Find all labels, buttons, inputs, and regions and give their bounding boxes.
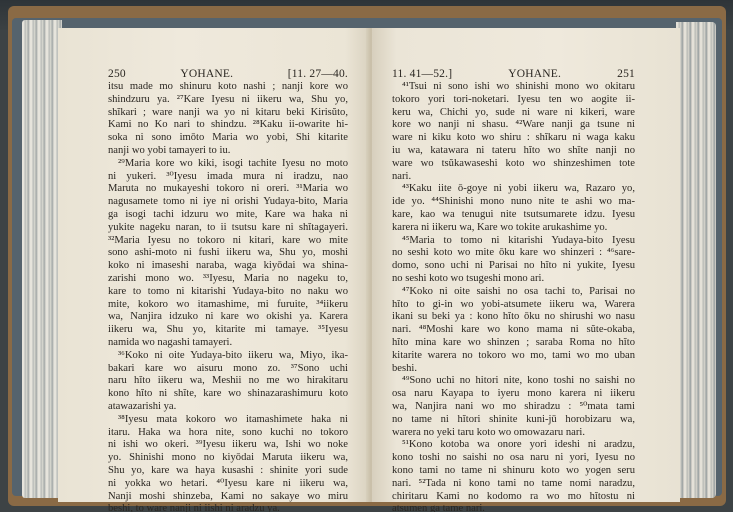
text-line: ⁴¹Tsui ni sono ishi wo shinishi mono wo … bbox=[392, 81, 635, 94]
text-line: ⁴⁹Sono uchi no hitori nite, kono toshi n… bbox=[392, 375, 635, 388]
text-line: nagusamete tomo ni iye ni orishi Yudaya-… bbox=[108, 196, 348, 209]
text-line: sono ashi-moto ni fushi iikeru wa, Shu y… bbox=[108, 247, 348, 260]
text-line: bakari kare wo aisuru mono zo. ³⁷Sono uc… bbox=[108, 363, 348, 376]
text-line: kono hĭto ni shĭte, kare wo shinazarashi… bbox=[108, 388, 348, 401]
text-line: iu wa, katawara ni tateru hĭto wo shĭte … bbox=[392, 145, 635, 158]
text-line: ni ishi wo okeri. ³⁹Iyesu iikeru wa, Ish… bbox=[108, 439, 348, 452]
text-line: atsumen ga tame nari. bbox=[392, 503, 635, 512]
text-line: ni yokka wo hetari. ⁴⁰Iyesu kare ni iike… bbox=[108, 478, 348, 491]
text-line: kono tami no tame ni shinuru koto wo yog… bbox=[392, 465, 635, 478]
text-line: wa, Nanjira nani wo mo shiradzu : ⁵⁰mata… bbox=[392, 401, 635, 414]
text-line: kare, kao wa tenugui nite tsutsumarete i… bbox=[392, 209, 635, 222]
text-line: ³²Maria Iyesu no tokoro ni kitari, kare … bbox=[108, 235, 348, 248]
left-page: 250 YOHANE. [11. 27—40. itsu made mo shi… bbox=[58, 28, 370, 502]
text-line: Kami no Ko nari to shindzu. ²⁸Kaku ii-ow… bbox=[108, 119, 348, 132]
text-line: Maruta no mukayeshi tokoro ni oreri. ³¹M… bbox=[108, 183, 348, 196]
text-line: ware wo tsŭkawaseshi koto wo shinzeshime… bbox=[392, 158, 635, 171]
left-page-body: itsu made mo shinuru koto nashi ; nanji … bbox=[108, 81, 348, 512]
text-line: ⁴⁷Koko ni oite saishi no osa tachi to, P… bbox=[392, 286, 635, 299]
text-line: domo, sono uchi ni Parisai no hĭto ni yu… bbox=[392, 260, 635, 273]
text-line: namida wo nagashi tamayeri. bbox=[108, 337, 348, 350]
text-line: shindzuru ya. ²⁷Kare Iyesu ni iikeru wa,… bbox=[108, 94, 348, 107]
text-line: warera no yeki taru koto wo omowazaru na… bbox=[392, 427, 635, 440]
text-line: chiritaru Kami no kodomo ra wo mo hĭtost… bbox=[392, 491, 635, 504]
text-line: soka ni sono imōto Maria wo yobi, Shi ki… bbox=[108, 132, 348, 145]
text-line: beshi, to ware nanji ni iishi ni aradzu … bbox=[108, 503, 348, 512]
text-line: iikeru wa, Shu yo, kitarite mi tamaye. ³… bbox=[108, 324, 348, 337]
text-line: yukite nageku naran, to ii tsutsu kare n… bbox=[108, 222, 348, 235]
page-number: 250 bbox=[108, 68, 126, 80]
running-title: YOHANE. bbox=[180, 68, 233, 80]
text-line: nari. ⁴⁸Moshi kare wo kono mama ni sŭte-… bbox=[392, 324, 635, 337]
text-line: Shu yo, kare wa haya kusashi : shinite y… bbox=[108, 465, 348, 478]
text-line: ware ni kiku koto wo shiru : shĭkaru ni … bbox=[392, 132, 635, 145]
text-line: kono toshi no saishi no osa naru ni yori… bbox=[392, 452, 635, 465]
text-line: itsu made mo shinuru koto nashi ; nanji … bbox=[108, 81, 348, 94]
text-line: ⁴⁵Maria to tomo ni kitarishi Yudaya-bito… bbox=[392, 235, 635, 248]
text-line: no tame ni hĭtori shinite kuni-jū horobi… bbox=[392, 414, 635, 427]
text-line: zarishi mono wo. ³³Iyesu, Maria no nagek… bbox=[108, 273, 348, 286]
text-line: nanji wo yobi tamayeri to iu. bbox=[108, 145, 348, 158]
text-line: hĭto to gi-in wo yobi-atsumete iikeru wa… bbox=[392, 299, 635, 312]
text-line: ³⁸Iyesu mata kokoro wo itamashimete haka… bbox=[108, 414, 348, 427]
page-edges-right bbox=[676, 22, 716, 498]
text-line: kare to tomo ni kitarishi Yudaya-bito no… bbox=[108, 286, 348, 299]
chapter-range: 11. 41—52.] bbox=[392, 68, 452, 80]
text-line: kitarite warera no tokoro wo mo, tami wo… bbox=[392, 350, 635, 363]
running-title: YOHANE. bbox=[508, 68, 561, 80]
right-page: 11. 41—52.] YOHANE. 251 ⁴¹Tsui ni sono i… bbox=[372, 28, 680, 502]
text-line: ³⁶Koko ni oite Yudaya-bito iikeru wa, Mi… bbox=[108, 350, 348, 363]
chapter-range: [11. 27—40. bbox=[288, 68, 348, 80]
text-line: beshi. bbox=[392, 363, 635, 376]
text-line: mite, kokoro wo itamashime, mi furuite, … bbox=[108, 299, 348, 312]
text-line: ⁴³Kaku iite ō-goye ni yobi iikeru wa, Ra… bbox=[392, 183, 635, 196]
text-line: atawazarishi ya. bbox=[108, 401, 348, 414]
text-line: ikani su beki ya : kono hĭto ōku no shir… bbox=[392, 311, 635, 324]
text-line: nari. bbox=[392, 171, 635, 184]
text-line: wa, Nanjira idzuko ni kare wo okishi ya.… bbox=[108, 311, 348, 324]
text-line: naru hĭto iikeru wa, Meshii no me wo hir… bbox=[108, 375, 348, 388]
text-line: hĭto mina kare wo shinzen ; saraba Roma … bbox=[392, 337, 635, 350]
text-line: osa naru Kayapa to iyeru mono karera ni … bbox=[392, 388, 635, 401]
text-line: ga isogi tachi idzuru wo mite, Kare wa h… bbox=[108, 209, 348, 222]
text-line: yo. Shinishi mono no kiyōdai Maruta iike… bbox=[108, 452, 348, 465]
page-edges-left bbox=[22, 20, 62, 498]
right-page-body: ⁴¹Tsui ni sono ishi wo shinishi mono wo … bbox=[392, 81, 635, 512]
text-line: no seshi koto wo mite ōku kare wo shinze… bbox=[392, 247, 635, 260]
text-line: ⁵¹Kono kotoba wa onore yori ideshi ni ar… bbox=[392, 439, 635, 452]
left-page-header: 250 YOHANE. [11. 27—40. bbox=[108, 68, 348, 80]
text-line: karera ni iikeru wa, Kare wo tokite aruk… bbox=[392, 222, 635, 235]
text-line: tokoro yori tori-noketari. Iyesu ten wo … bbox=[392, 94, 635, 107]
text-line: shĭkari ; ware nanji wa yo ni kitaru bek… bbox=[108, 107, 348, 120]
text-line: Nanji moshi shinzeba, Kami no sakaye wo … bbox=[108, 491, 348, 504]
page-number: 251 bbox=[617, 68, 635, 80]
text-line: nari. ⁵²Tada ni kono tami no tame nomi n… bbox=[392, 478, 635, 491]
text-line: kore wo nanji ni shasu. ⁴²Ware nanji ga … bbox=[392, 119, 635, 132]
text-line: itaru. Haka wa hora nite, sono kuchi no … bbox=[108, 427, 348, 440]
text-line: koko ni imaseshi naraba, waga kiyōdai wa… bbox=[108, 260, 348, 273]
text-line: no seshi koto wo tsugeshi mono ari. bbox=[392, 273, 635, 286]
text-line: ²⁹Maria kore wo kiki, isogi tachite Iyes… bbox=[108, 158, 348, 171]
right-page-header: 11. 41—52.] YOHANE. 251 bbox=[392, 68, 635, 80]
text-line: ni yukeri. ³⁰Iyesu imada mura ni iradzu,… bbox=[108, 171, 348, 184]
text-line: ide yo. ⁴⁴Shinishi mono nuno nite te ash… bbox=[392, 196, 635, 209]
text-line: keru wa, Chichi yo, sude ni ware ni kike… bbox=[392, 107, 635, 120]
